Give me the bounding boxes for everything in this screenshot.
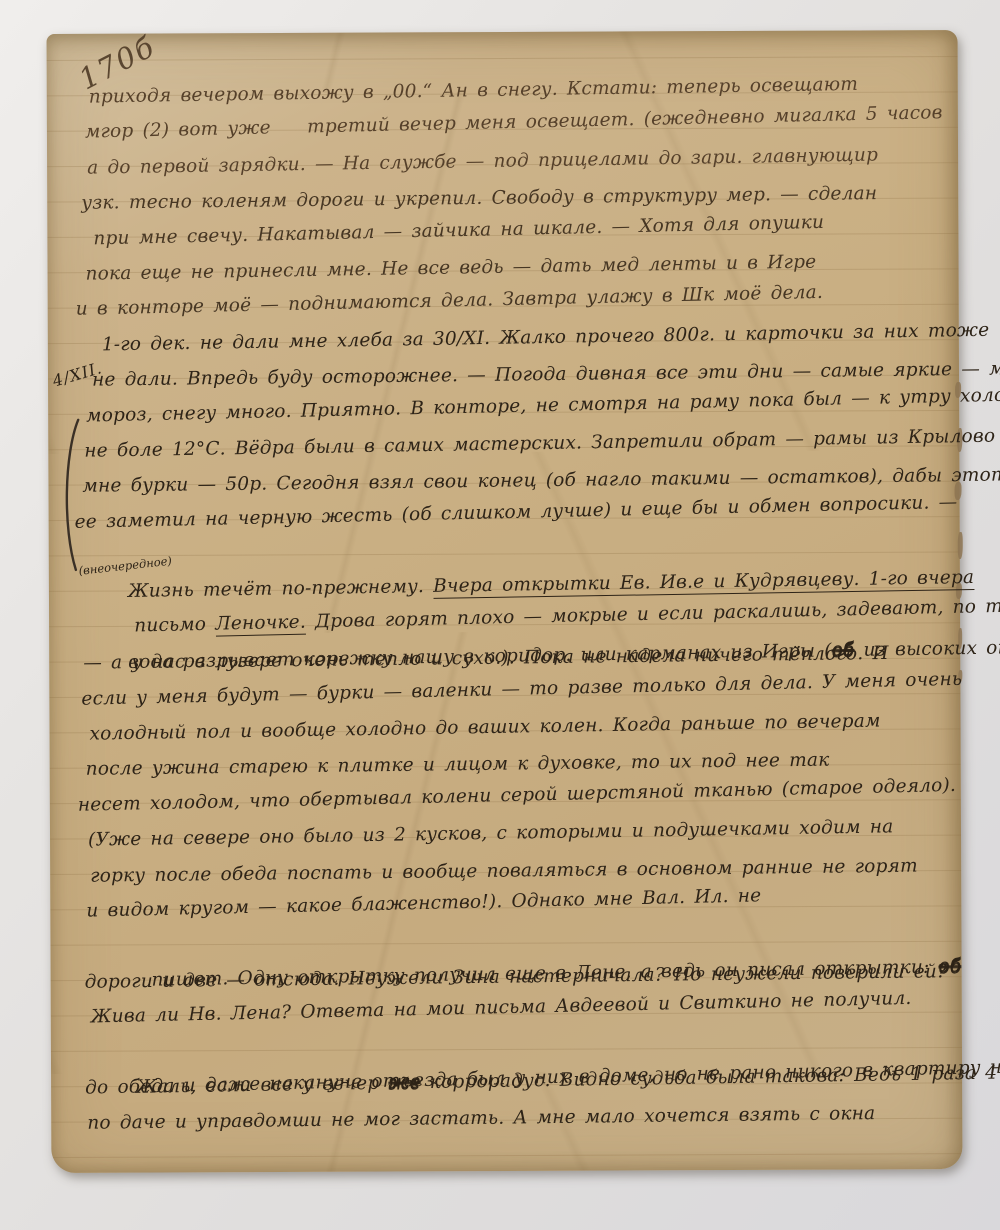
- manuscript-paper: 170б 4/XII. приходя вечером выхожу в „00…: [47, 30, 963, 1173]
- torn-edge-mark: [958, 532, 963, 559]
- handwriting-block: приходя вечером выхожу в „00.“ Ан в снег…: [71, 76, 947, 1142]
